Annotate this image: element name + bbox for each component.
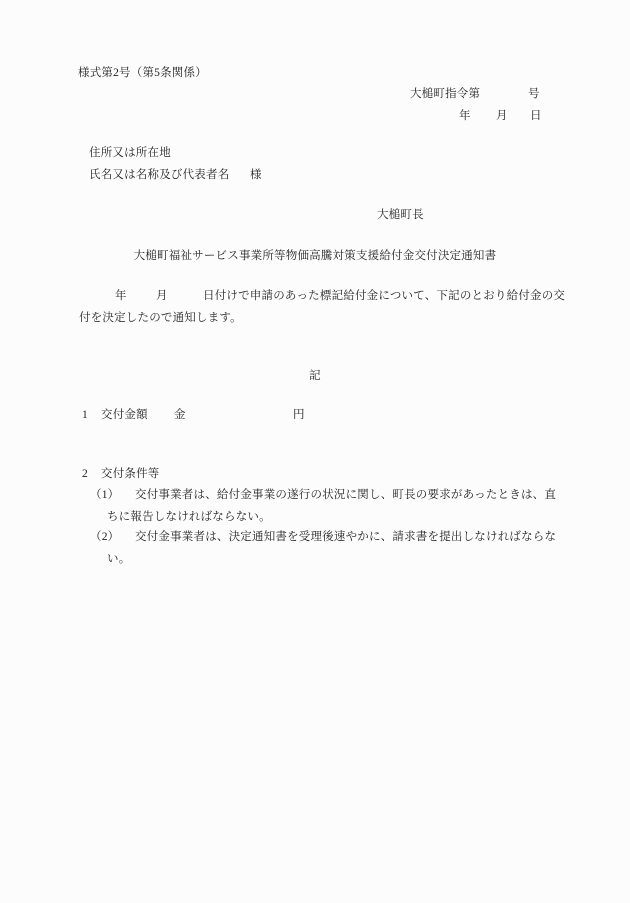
recipient-address-label: 住所又は所在地 [89, 146, 171, 160]
item1-currency-prefix: 金 [174, 408, 186, 422]
recipient-name-label: 氏名又は名称及び代表者名 [89, 168, 229, 182]
body-date-month: 月 [156, 289, 168, 303]
clause2-text-line1: 交付金事業者は、決定通知書を受理後速やかに、請求書を提出しなければならな [135, 530, 556, 544]
clause2-number: （2） [90, 530, 119, 544]
directive-number-label: 大槌町指令第 [410, 87, 480, 101]
body-paragraph-line1: 日付けで申請のあった標記給付金について、下記のとおり給付金の交 [203, 289, 565, 303]
item2-number: 2 [82, 467, 88, 481]
item1-number: 1 [82, 408, 88, 422]
clause1-number: （1） [90, 488, 119, 502]
clause1-text-line2: ちに報告しなければならない。 [107, 510, 271, 524]
ki-marker: 記 [0, 369, 630, 383]
document-page: 様式第2号（第5条関係） 大槌町指令第 号 年 月 日 住所又は所在地 氏名又は… [0, 0, 630, 903]
item1-currency-suffix: 円 [293, 408, 305, 422]
clause1-text-line1: 交付事業者は、給付金事業の遂行の状況に関し、町長の要求があったときは、直 [135, 488, 556, 502]
document-title: 大槌町福祉サービス事業所等物価高騰対策支援給付金交付決定通知書 [0, 249, 630, 263]
clause2-text-line2: い。 [107, 552, 130, 566]
date-day-label: 日 [530, 109, 542, 123]
date-year-label: 年 [459, 109, 471, 123]
item2-label: 交付条件等 [101, 467, 160, 481]
item1-label: 交付金額 [101, 408, 148, 422]
recipient-honorific: 様 [250, 168, 262, 182]
body-date-year: 年 [115, 289, 127, 303]
issuer-mayor: 大槌町長 [377, 208, 424, 222]
form-number: 様式第2号（第5条関係） [78, 66, 207, 80]
date-month-label: 月 [496, 109, 508, 123]
directive-number-unit: 号 [528, 87, 540, 101]
body-paragraph-line2: 付を決定したので通知します。 [79, 311, 242, 325]
